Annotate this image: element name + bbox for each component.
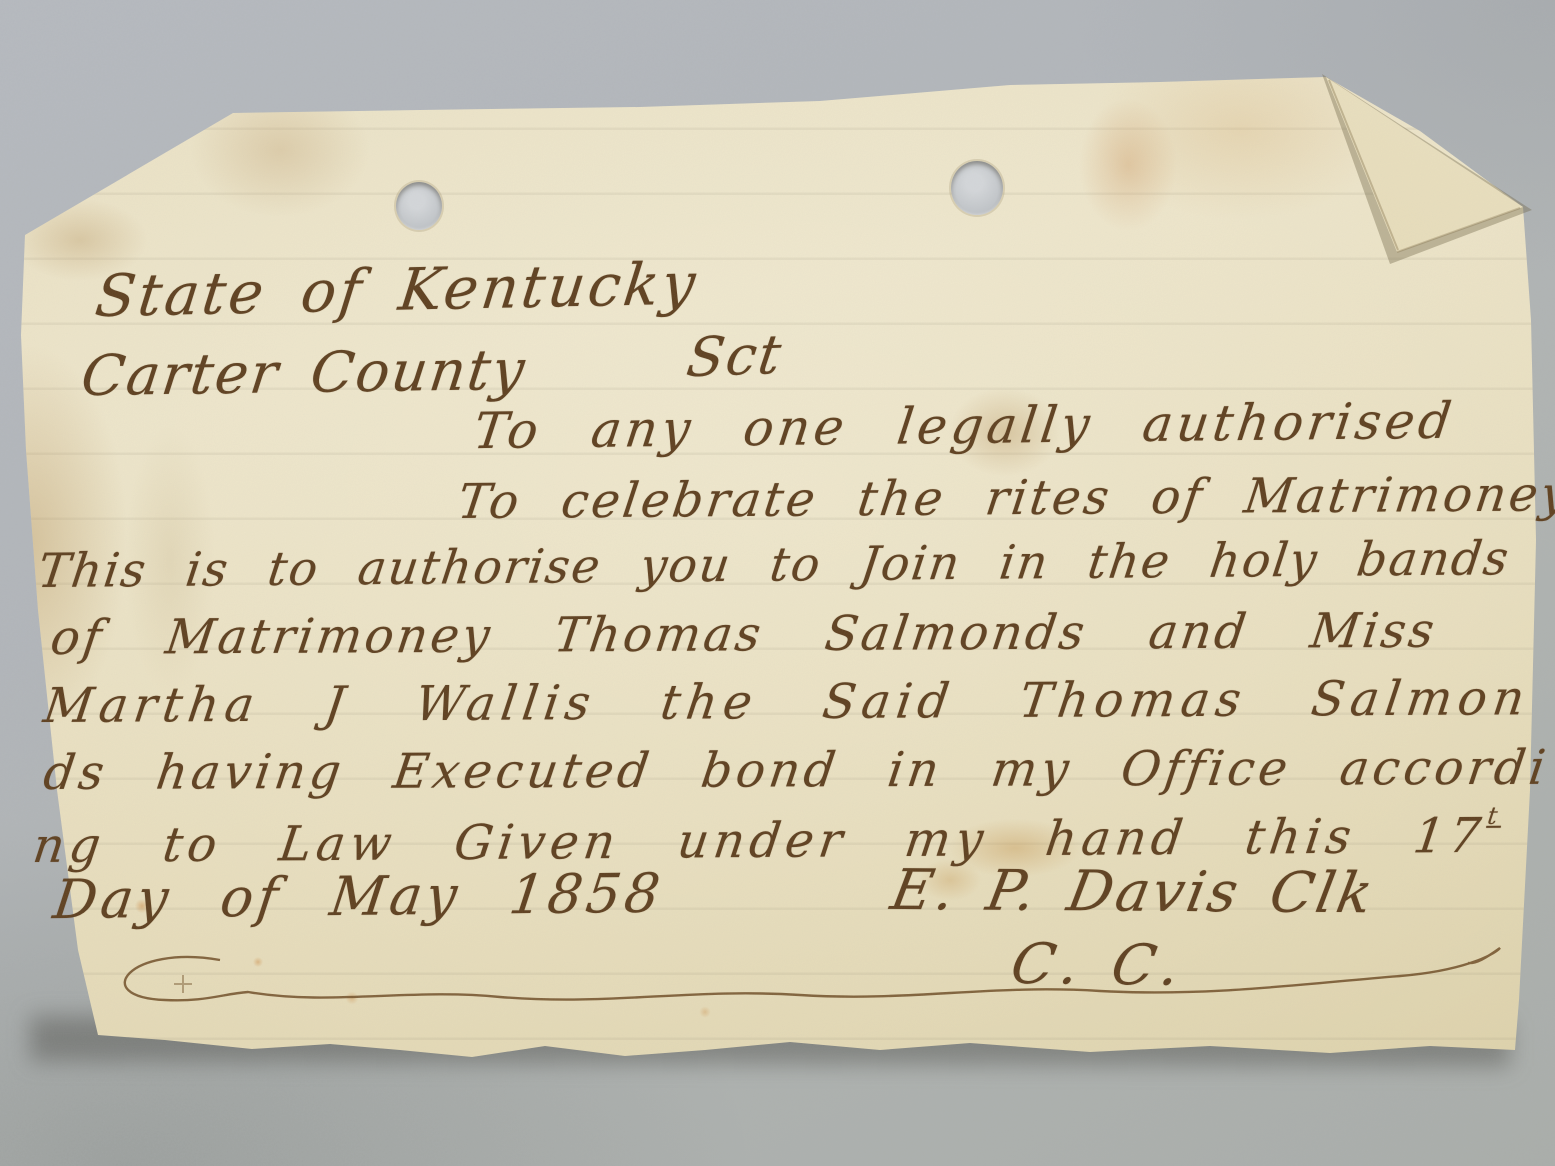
doc-line-matrimoney-salmonds: of Matrimoney Thomas Salmonds and Miss [47, 603, 1440, 666]
doc-signature-cc: C. C. [1006, 932, 1193, 999]
doc-line-executed-bond: ds having Executed bond in my Office acc… [40, 740, 1552, 801]
doc-line-state-of-kentucky: State of Kentucky [92, 249, 702, 330]
doc-line-martha-wallis: Martha J Wallis the Said Thomas Salmon [40, 670, 1533, 734]
doc-line-carter-county: Carter County [78, 338, 530, 409]
punch-hole-right [951, 161, 1003, 215]
doc-line-to-celebrate: To celebrate the rites of Matrimoney [455, 466, 1555, 530]
doc-signature-ep-davis: E. P. Davis Clk [886, 858, 1380, 926]
punch-hole-left [396, 182, 442, 230]
doc-line-to-any-one: To any one legally authorised [470, 392, 1458, 460]
doc-line-day-of-may: Day of May 1858 [50, 862, 668, 931]
doc-abbrev-sct: Sct [683, 323, 787, 390]
photo-of-handwritten-document: State of Kentucky Carter County Sct To a… [0, 0, 1555, 1166]
